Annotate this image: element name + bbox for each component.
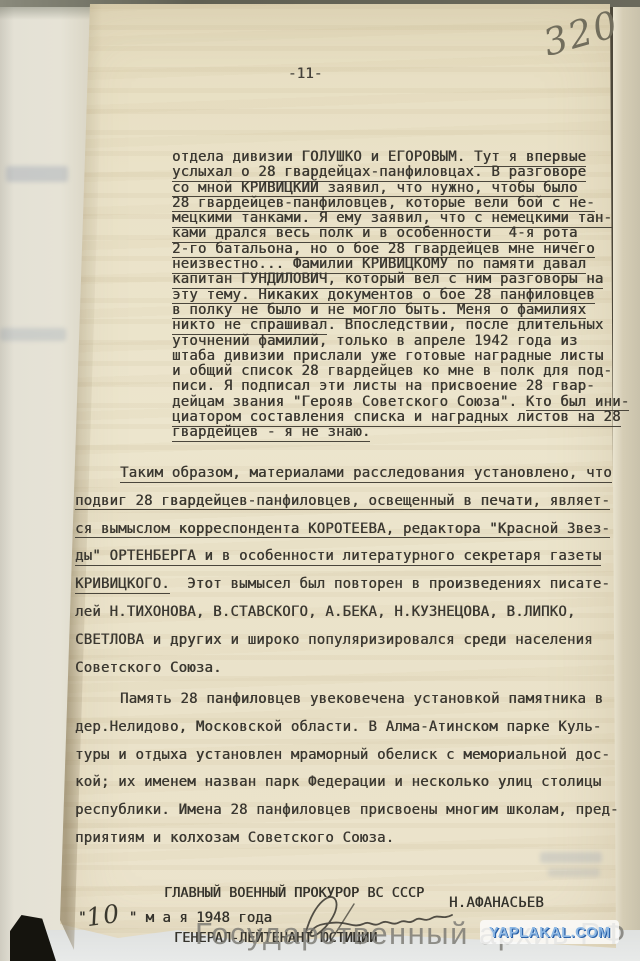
handwritten-day: 10 [85, 899, 123, 932]
testimony-quote-block: отдела дивизии ГОЛУШКО и ЕГОРОВЫМ. Тут я… [172, 150, 608, 441]
text-line: циатором составления списка и наградных … [172, 410, 608, 425]
text-line: ками дрался весь полк и в особенности 4-… [172, 226, 608, 241]
text-line: СВЕТЛОВА и других и широко популяризиров… [75, 627, 615, 655]
text-line: приятиям и колхозам Советского Союза. [75, 825, 615, 853]
text-line: 2-го батальона, но о бое 28 гвардейцев м… [172, 242, 608, 257]
text-line: неизвестно... Фамилии КРИВИЦКОМУ по памя… [172, 257, 608, 272]
text-line: штаба дивизии прислали уже готовые награ… [172, 349, 608, 364]
text-line: КРИВИЦКОГО. Этот вымысел был повторен в … [75, 571, 615, 599]
memorial-paragraph: Память 28 панфиловцев увековечена устано… [75, 686, 615, 853]
text-line: подвиг 28 гвардейцев-панфиловцев, освеще… [75, 488, 615, 516]
text-line: туры и отдыха установлен мраморный обели… [75, 742, 615, 770]
text-line: 28 гвардейцев-панфиловцев, которые вели … [172, 196, 608, 211]
text-line: лей Н.ТИХОНОВА, В.СТАВСКОГО, А.БЕКА, Н.К… [75, 599, 615, 627]
text-line: и общий список 28 гвардейцев ко мне в по… [172, 364, 608, 379]
text-line: ды" ОРТЕНБЕРГА и в особенности литератур… [75, 543, 615, 571]
text-line: Память 28 панфиловцев увековечена устано… [75, 686, 615, 714]
text-line: Советского Союза. [75, 655, 615, 683]
signatory-name: Н.АФАНАСЬЕВ [449, 895, 544, 911]
site-logo-text: YAPLAKAL.COM [489, 925, 610, 941]
text-line: Таким образом, материалами расследования… [75, 460, 615, 488]
text-line: кой; их именем назван парк Федерации и н… [75, 769, 615, 797]
close-quote: " [129, 910, 146, 926]
site-logo-badge: YAPLAKAL.COM [480, 920, 619, 944]
text-line: ся вымыслом корреспондента КОРОТЕЕВА, ре… [75, 516, 615, 544]
text-line: дер.Нелидово, Московской области. В Алма… [75, 714, 615, 742]
text-line: отдела дивизии ГОЛУШКО и ЕГОРОВЫМ. Тут я… [172, 150, 608, 165]
page-number: -11- [288, 66, 323, 82]
text-line: эту тему. Никаких документов о бое 28 па… [172, 288, 608, 303]
text-line: дейцам звания "Герояв Советского Союза".… [172, 395, 608, 410]
text-line: мецкими танками. Я ему заявил, что с нем… [172, 211, 608, 226]
text-line: капитан ГУНДИЛОВИЧ, который вел с ним ра… [172, 272, 608, 287]
text-line: в полку не было и не могло быть. Меня о … [172, 303, 608, 318]
text-line: писи. Я подписал эти листы на присвоение… [172, 379, 608, 394]
text-line: гвардейцев - я не знаю. [172, 425, 608, 440]
text-line: услыхал о 28 гвардейцах-панфиловцах. В р… [172, 165, 608, 180]
text-line: со мной КРИВИЦКИЙ заявил, что нужно, что… [172, 181, 608, 196]
text-line: уточнений фамилий, только в апреле 1942 … [172, 334, 608, 349]
text-line: республики. Имена 28 панфиловцев присвое… [75, 797, 615, 825]
text-line: никто не спрашивал. Впоследствии, после … [172, 318, 608, 333]
conclusion-paragraph: Таким образом, материалами расследования… [75, 460, 615, 682]
